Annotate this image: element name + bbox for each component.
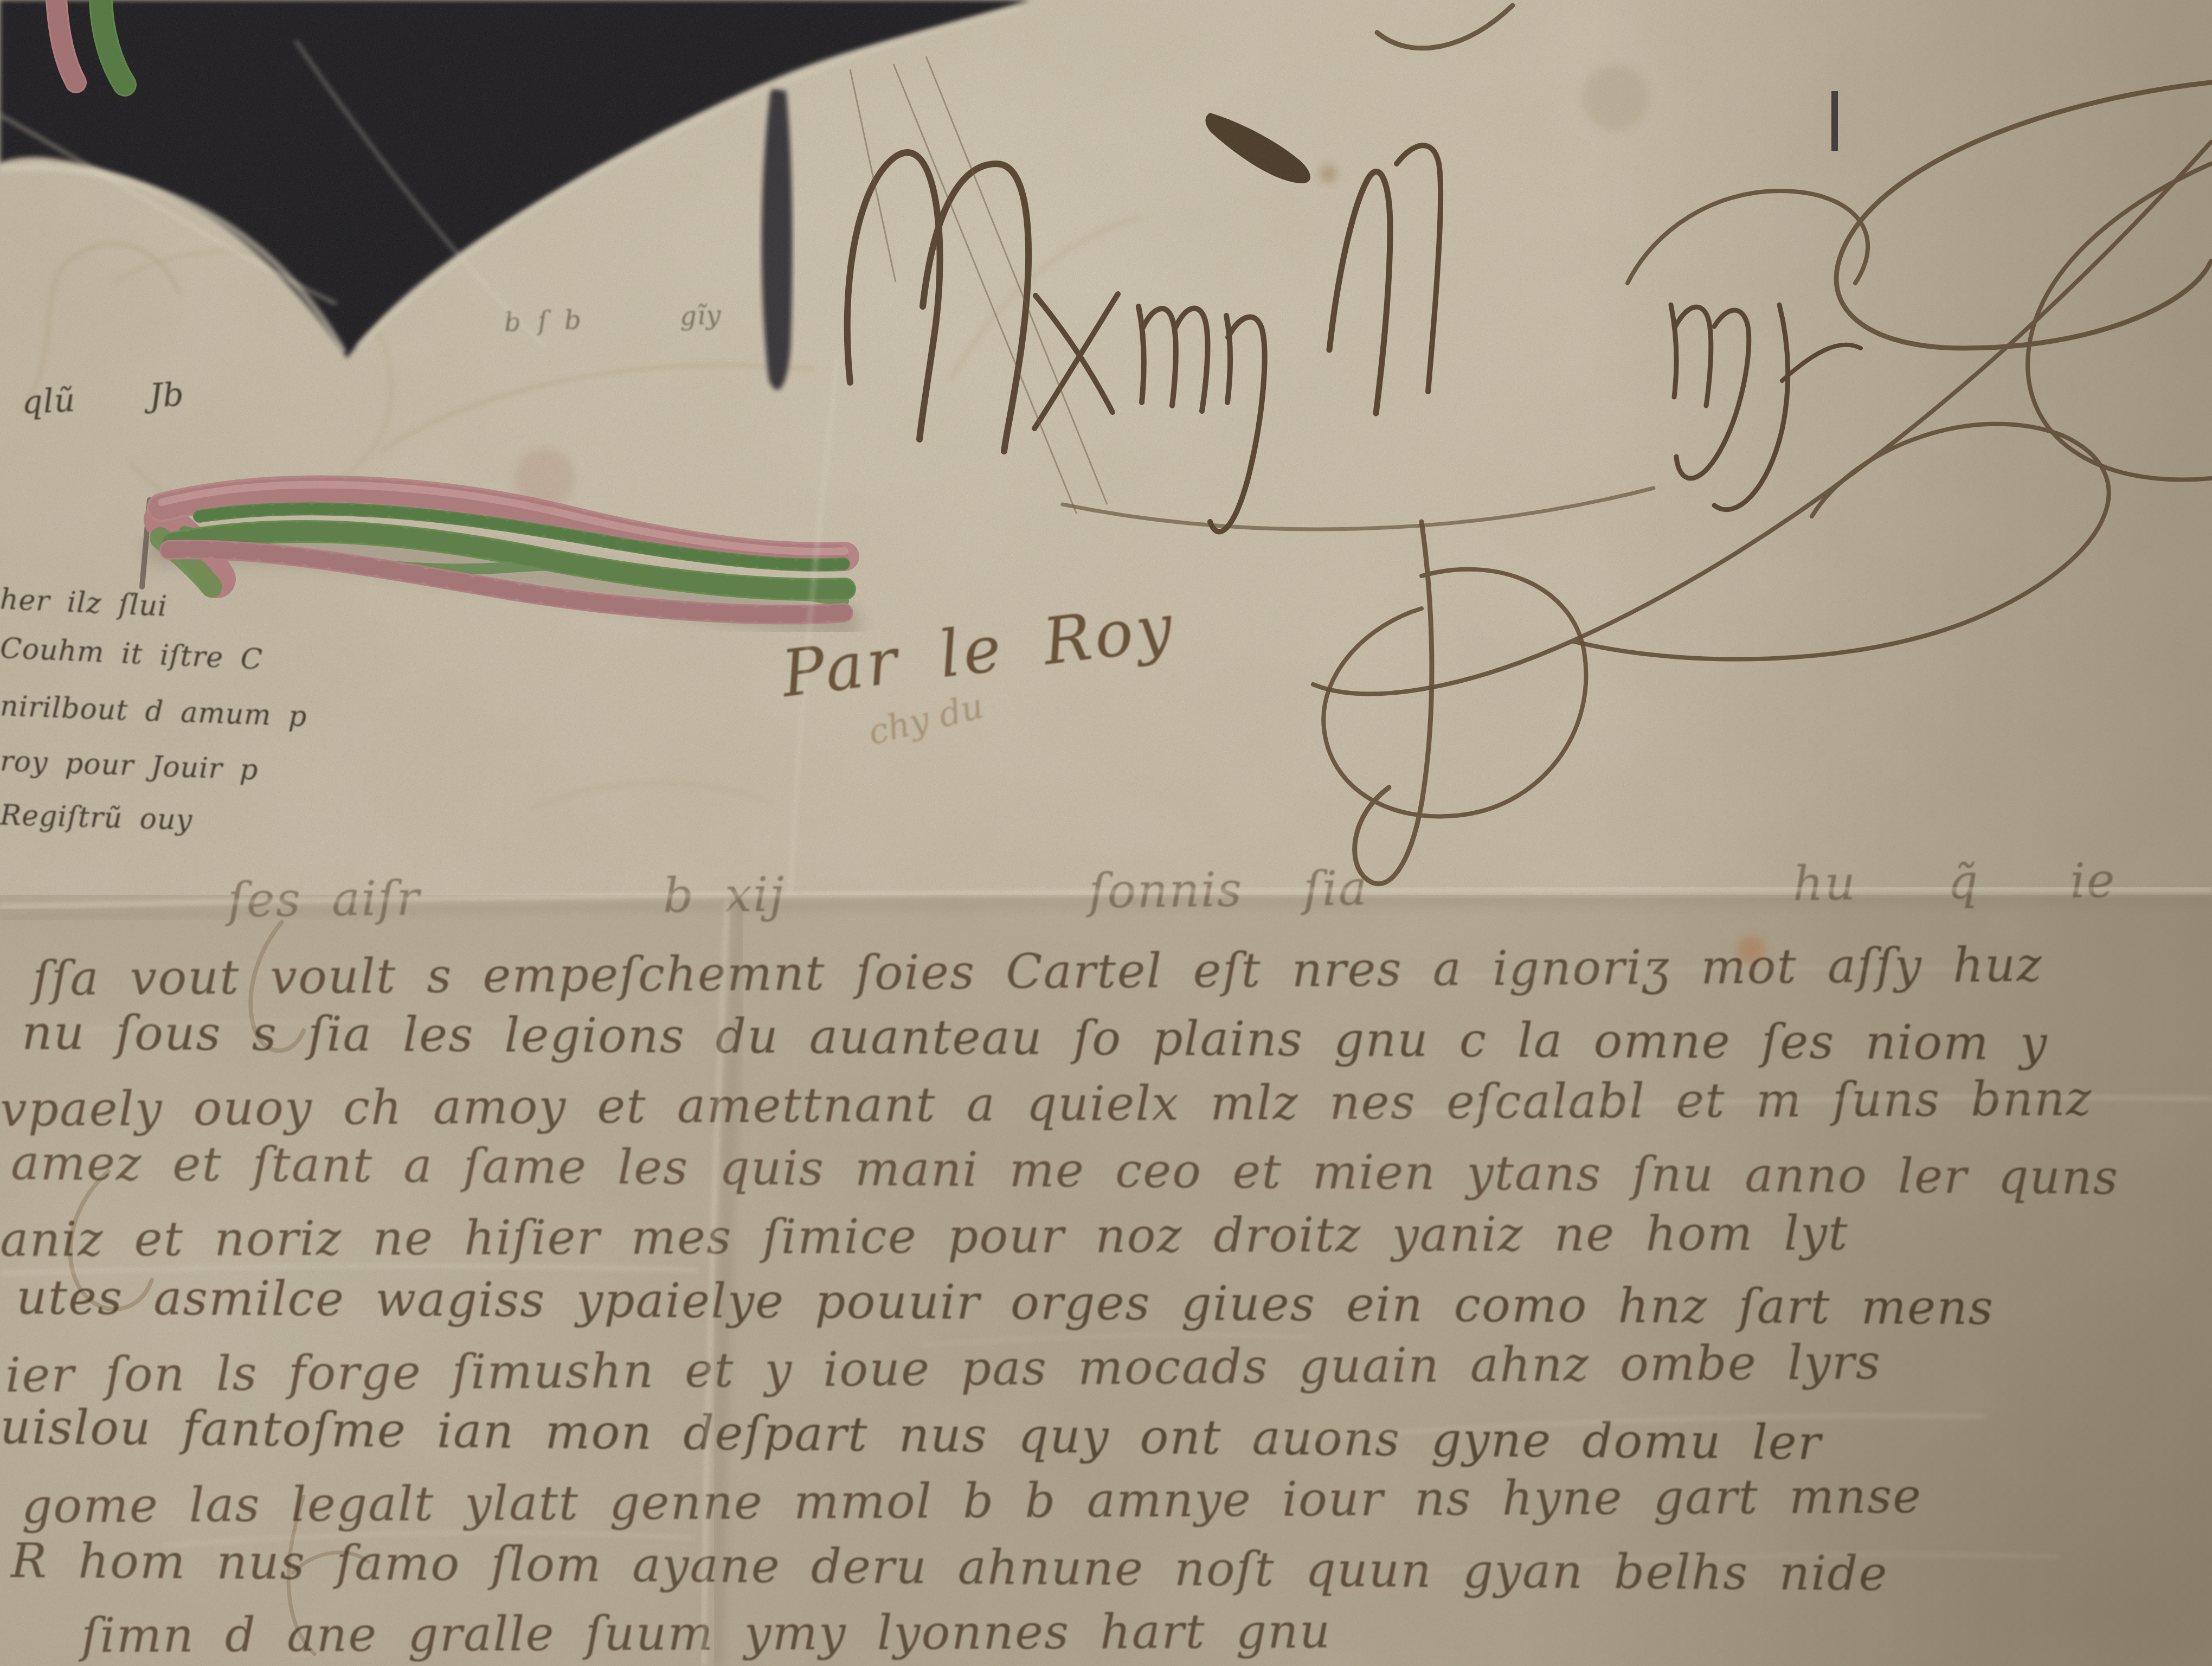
body-line: utes asmilce wagiss ypaielye pouuir orge… <box>16 1269 1994 1335</box>
body-line: ſimn d ane gralle ſuum ymy lyonnes hart … <box>81 1603 1332 1663</box>
body-line: nu ſous s ſia les legions du auanteau ſo… <box>22 1004 2048 1071</box>
manuscript-photo: qlũ Jb her ilz ſlui Couhm it iſtre C nir… <box>0 0 2212 1666</box>
parchment-slit <box>1831 91 1838 151</box>
body-line: aniz et noriz ne hiſier mes ſimice pour … <box>0 1205 1849 1267</box>
registration-line: Regiſtrũ ouy <box>0 799 193 836</box>
body-line: gome las legalt ylatt genne mmol b b amn… <box>22 1468 1922 1534</box>
body-line: vpaely ouoy ch amoy et amettnant a quiel… <box>0 1071 2092 1137</box>
parchment-fold-gap <box>762 88 792 390</box>
